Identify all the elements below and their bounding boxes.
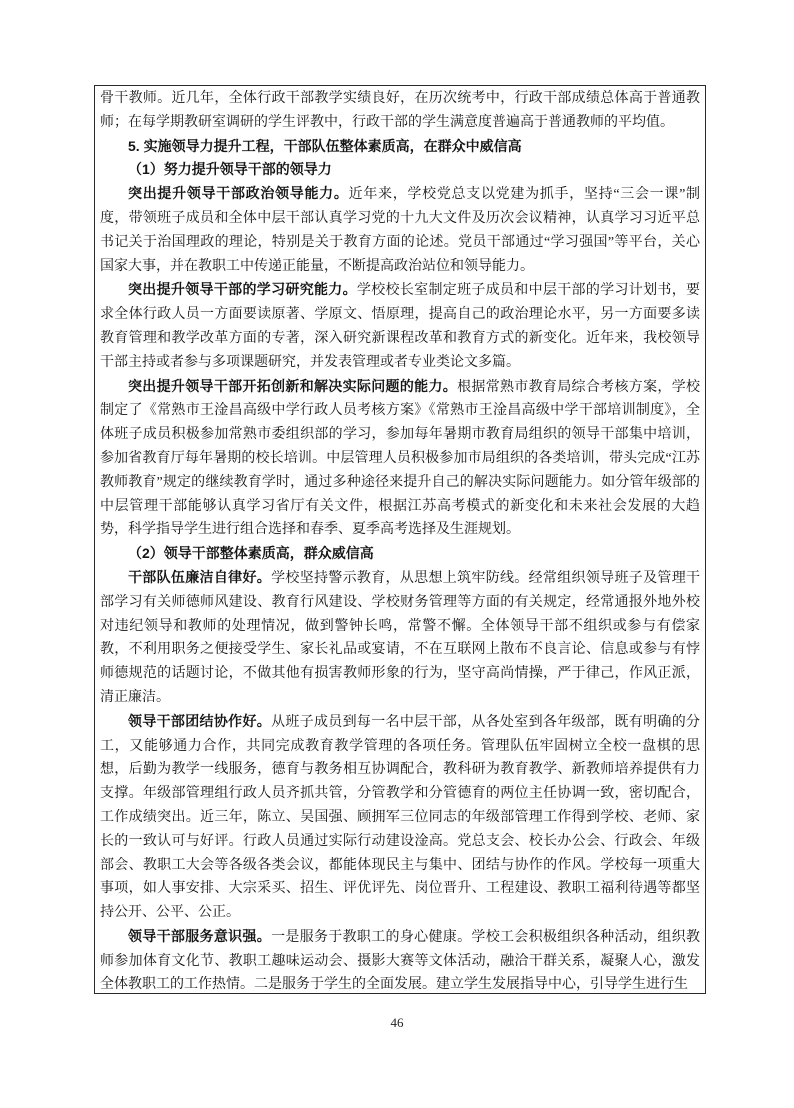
paragraph-text: 5. 实施领导力提升工程，干部队伍整体素质高，在群众中威信高 bbox=[128, 138, 522, 154]
section-heading: 5. 实施领导力提升工程，干部队伍整体素质高，在群众中威信高 bbox=[100, 135, 700, 159]
document-page: 骨干教师。近几年，全体行政干部教学实绩良好，在历次统考中，行政干部成绩总体高于普… bbox=[0, 0, 794, 1108]
paragraph: 骨干教师。近几年，全体行政干部教学实绩良好，在历次统考中，行政干部成绩总体高于普… bbox=[100, 87, 700, 135]
paragraph: 突出提升领导干部政治领导能力。近年来，学校党总支以党建为抓手，坚持“三会一课”制… bbox=[100, 182, 700, 278]
paragraph-text: （1）努力提升领导干部的领导力 bbox=[128, 161, 332, 177]
paragraph-lead-bold: 突出提升领导干部的学习研究能力。 bbox=[128, 281, 357, 297]
paragraph-text: 根据常熟市教育局综合考核方案，学校制定了《常熟市王淦昌高级中学行政人员考核方案》… bbox=[100, 380, 700, 538]
paragraph-lead-bold: 突出提升领导干部政治领导能力。 bbox=[128, 185, 349, 201]
page-number: 46 bbox=[0, 1014, 794, 1032]
paragraph: 领导干部团结协作好。从班子成员到每一名中层干部，从各处室到各年级部，既有明确的分… bbox=[100, 710, 700, 925]
paragraph-text: 从班子成员到每一名中层干部，从各处室到各年级部，既有明确的分工，又能够通力合作，… bbox=[100, 715, 700, 920]
paragraph-text: 学校坚持警示教育，从思想上筑牢防线。经常组织领导班子及管理干部学习有关师德师风建… bbox=[100, 571, 700, 705]
section-heading: （1）努力提升领导干部的领导力 bbox=[100, 158, 700, 182]
paragraph: 领导干部服务意识强。一是服务于教职工的身心健康。学校工会积极组织各种活动，组织教… bbox=[100, 925, 700, 994]
document-table-cell: 骨干教师。近几年，全体行政干部教学实绩良好，在历次统考中，行政干部成绩总体高于普… bbox=[94, 85, 706, 994]
paragraph-lead-bold: 干部队伍廉洁自律好。 bbox=[128, 569, 271, 585]
paragraph-text: 骨干教师。近几年，全体行政干部教学实绩良好，在历次统考中，行政干部成绩总体高于普… bbox=[100, 91, 700, 130]
section-heading: （2）领导干部整体素质高，群众威信高 bbox=[100, 542, 700, 566]
paragraph: 突出提升领导干部的学习研究能力。学校校长室制定班子成员和中层干部的学习计划书，要… bbox=[100, 278, 700, 374]
paragraph: 突出提升领导干部开拓创新和解决实际问题的能力。根据常熟市教育局综合考核方案，学校… bbox=[100, 375, 700, 543]
paragraph-lead-bold: 突出提升领导干部开拓创新和解决实际问题的能力。 bbox=[128, 378, 457, 394]
document-body: 骨干教师。近几年，全体行政干部教学实绩良好，在历次统考中，行政干部成绩总体高于普… bbox=[100, 87, 700, 994]
paragraph-lead-bold: 领导干部团结协作好。 bbox=[128, 713, 271, 729]
paragraph-lead-bold: 领导干部服务意识强。 bbox=[128, 928, 271, 944]
paragraph: 干部队伍廉洁自律好。学校坚持警示教育，从思想上筑牢防线。经常组织领导班子及管理干… bbox=[100, 566, 700, 710]
paragraph-text: （2）领导干部整体素质高，群众威信高 bbox=[128, 545, 374, 561]
